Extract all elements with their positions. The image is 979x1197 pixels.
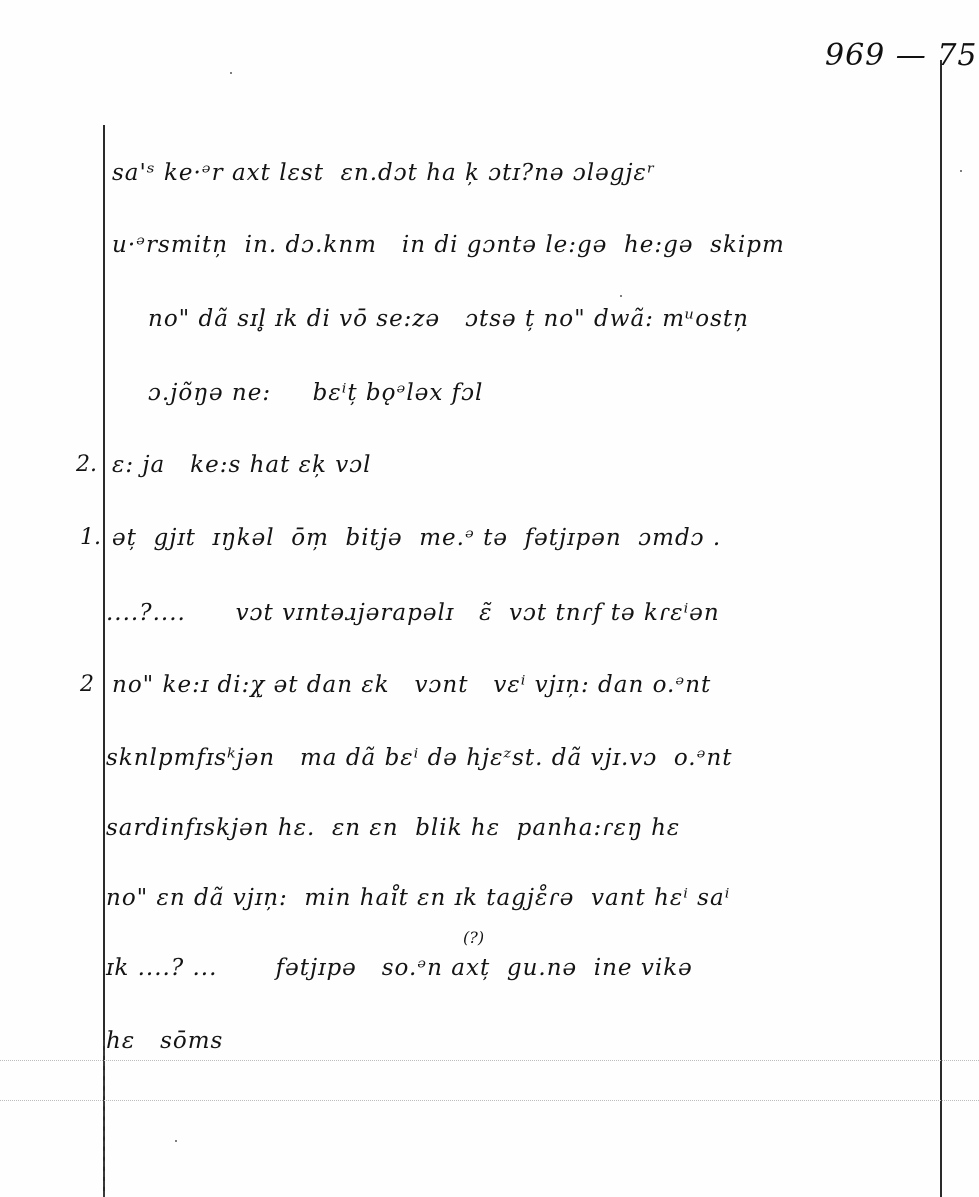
scan-speck [230, 72, 232, 74]
faint-ruled-line [0, 1060, 979, 1061]
transcript-line-6: əț gjɪt ɪŋkəl ōm̦ bitjə me.ᵊ tə fətjɪpən… [112, 525, 721, 551]
line-number: 2 [80, 672, 94, 697]
left-margin-rule [103, 125, 105, 1197]
transcript-line-4: ɔ.jõŋə ne: bɛⁱț bǫᵊləx fɔl [148, 380, 483, 406]
left-margin-rule-dashed [103, 1040, 105, 1197]
transcript-line-3: no" dã sɪl̥ ɪk di vō se:zə ɔtsə ț no" dw… [148, 306, 749, 332]
transcript-line-11: no" ɛn dã vjɪn̦: min hai̊t ɛn ɪk tagjɛ̊ɾ… [106, 885, 730, 911]
line-number: 2. [76, 452, 97, 477]
uncertain-annotation: (?) [463, 928, 484, 947]
transcript-line-12: ɪk ....? ... fətjɪpə so.ᵊn axț gu.nə ine… [106, 955, 693, 981]
transcript-line-9: sknlpmfɪsᵏjən ma dã bɛⁱ də hjɛᶻst. dã vj… [106, 745, 733, 771]
transcript-line-7: ....?.... vɔt vɪntəɹjərapəlɪ ɛ̃ vɔt tnɾf… [106, 600, 720, 626]
scan-speck [175, 1140, 177, 1142]
transcript-line-5: ɛ: ja ke:s hat ɛk̦ vɔl [112, 452, 372, 478]
transcript-line-10: sardinfɪskjən hɛ. ɛn ɛn blik hɛ panha:ɾɛ… [106, 815, 680, 841]
scanned-page: 969 — 75 sa'ˢ ke·ᵊr axt lɛst ɛn.dɔt ha k… [0, 0, 979, 1197]
faint-ruled-line [0, 1100, 979, 1101]
transcript-line-1: sa'ˢ ke·ᵊr axt lɛst ɛn.dɔt ha k̦ ɔtɪ?nə … [112, 160, 656, 186]
scan-speck [620, 295, 622, 297]
transcript-line-2: u·ᵊrsmitn̦ in. dɔ.knm in di gɔntə le:gə … [112, 232, 785, 258]
line-number: 1. [80, 525, 101, 550]
transcript-line-13: hɛ sōms [106, 1028, 223, 1054]
page-number: 969 — 75 [825, 38, 978, 73]
scan-speck [960, 170, 962, 172]
transcript-line-8: no" ke:ɪ di:χ̦ ət dan ɛk vɔnt vɛⁱ vjɪn̦:… [112, 672, 711, 698]
right-margin-rule [940, 60, 942, 1197]
